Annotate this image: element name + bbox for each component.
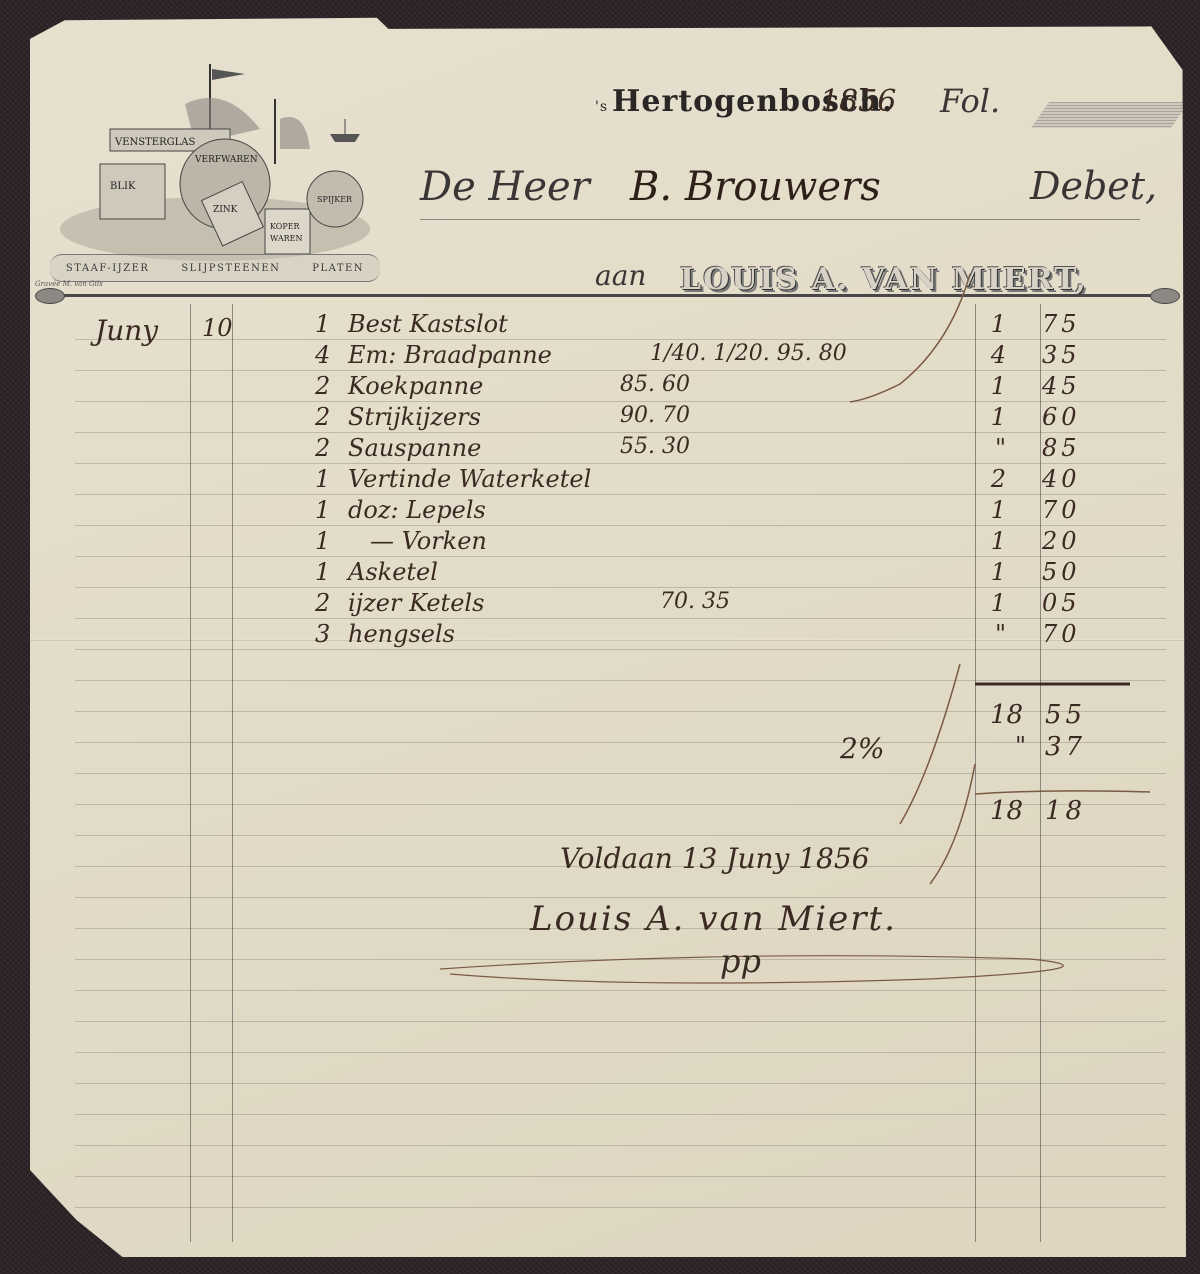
total-guilders: 18 [990, 796, 1023, 826]
signature: Louis A. van Miert. [530, 899, 897, 939]
total-cents: 18 [1045, 796, 1086, 826]
discount-label: 2% [840, 732, 884, 765]
payment-note: Voldaan 13 Juny 1856 [560, 842, 870, 875]
discount-guilders: " [1015, 732, 1026, 760]
subtotal-cents: 55 [1045, 700, 1086, 730]
subtotal-guilders: 18 [990, 700, 1023, 730]
pen-strokes [30, 14, 1186, 1257]
signature-initials: pp [720, 942, 761, 980]
invoice-paper: VENSTERGLAS BLIK VERFWAREN ZINK KOPER WA… [30, 14, 1186, 1257]
discount-cents: 37 [1045, 732, 1086, 762]
